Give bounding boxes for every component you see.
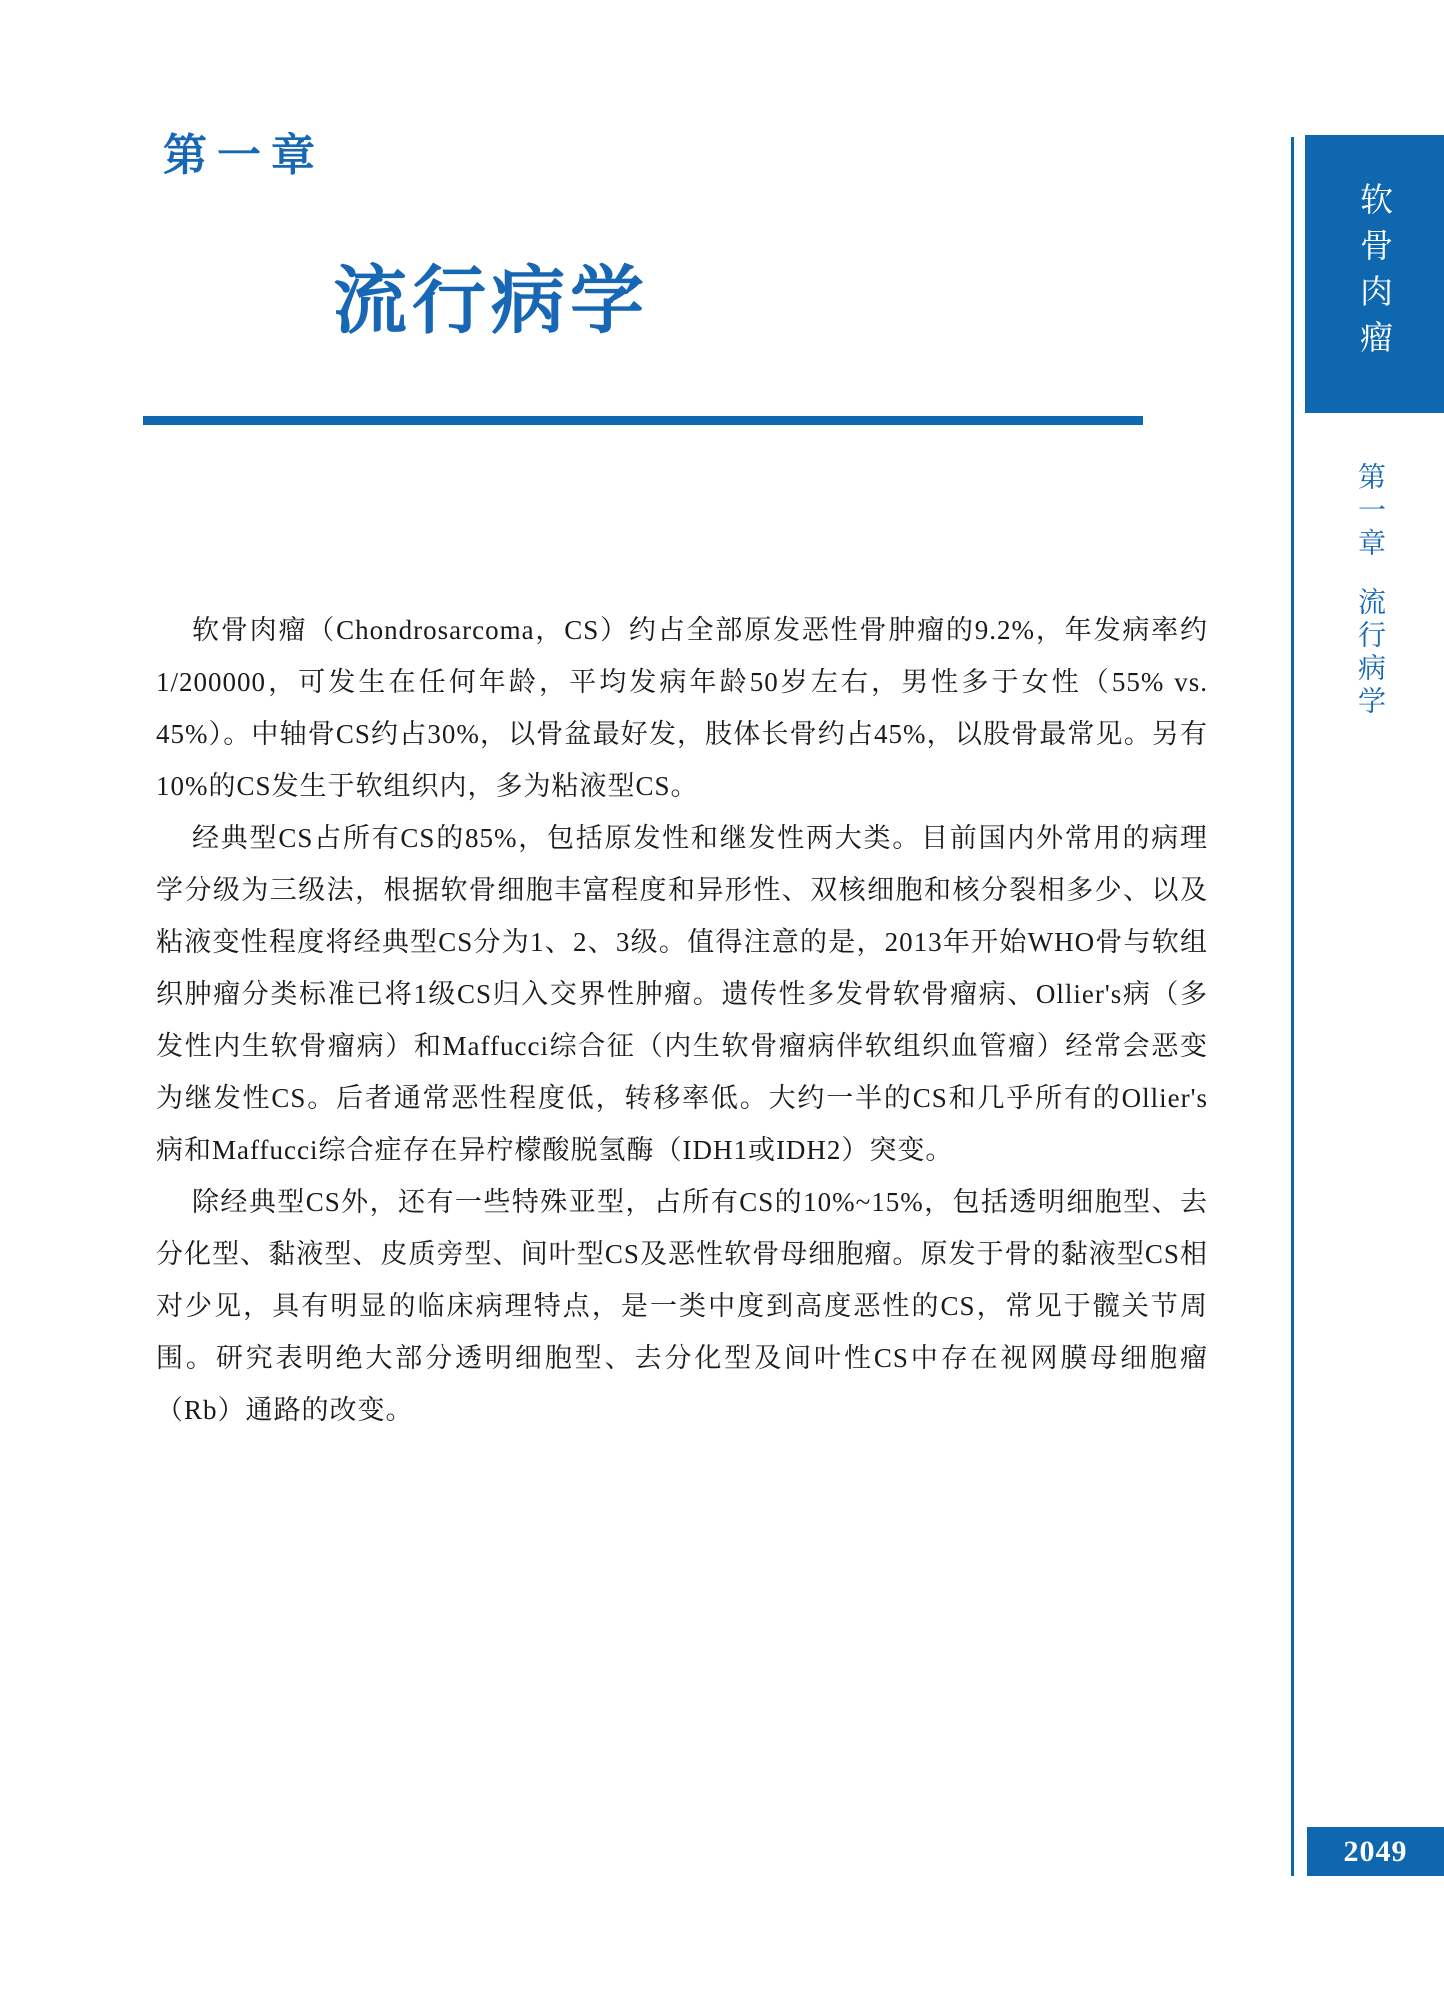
chapter-label: 第一章 [163, 128, 325, 184]
paragraph-special-subtypes: 除经典型CS外，还有一些特殊亚型，占所有CS的10%~15%，包括透明细胞型、去… [156, 1176, 1208, 1436]
section-tab: 软骨肉瘤 [1305, 135, 1444, 413]
page-number: 2049 [1344, 1835, 1408, 1869]
body-text: 软骨肉瘤（Chondrosarcoma，CS）约占全部原发恶性骨肿瘤的9.2%，… [156, 604, 1208, 1436]
sidebar-chapter-number: 第一章 [1354, 462, 1385, 561]
book-page: 第一章 流行病学 软骨肉瘤（Chondrosarcoma，CS）约占全部原发恶性… [0, 0, 1444, 2010]
sidebar-vertical-rule [1291, 137, 1294, 1876]
paragraph-classic-cs-grading: 经典型CS占所有CS的85%，包括原发性和继发性两大类。目前国内外常用的病理学分… [156, 812, 1208, 1176]
sidebar-chapter-text: 第一章流行病学 [1349, 462, 1389, 719]
page-title: 流行病学 [333, 258, 649, 344]
paragraph-epidemiology-overview: 软骨肉瘤（Chondrosarcoma，CS）约占全部原发恶性骨肿瘤的9.2%，… [156, 604, 1208, 812]
sidebar-chapter-marker: 第一章流行病学 [1294, 462, 1444, 719]
title-rule-divider [143, 416, 1143, 425]
page-number-badge: 2049 [1307, 1827, 1444, 1876]
sidebar-chapter-title: 流行病学 [1354, 587, 1385, 719]
section-tab-label: 软骨肉瘤 [1351, 182, 1398, 366]
